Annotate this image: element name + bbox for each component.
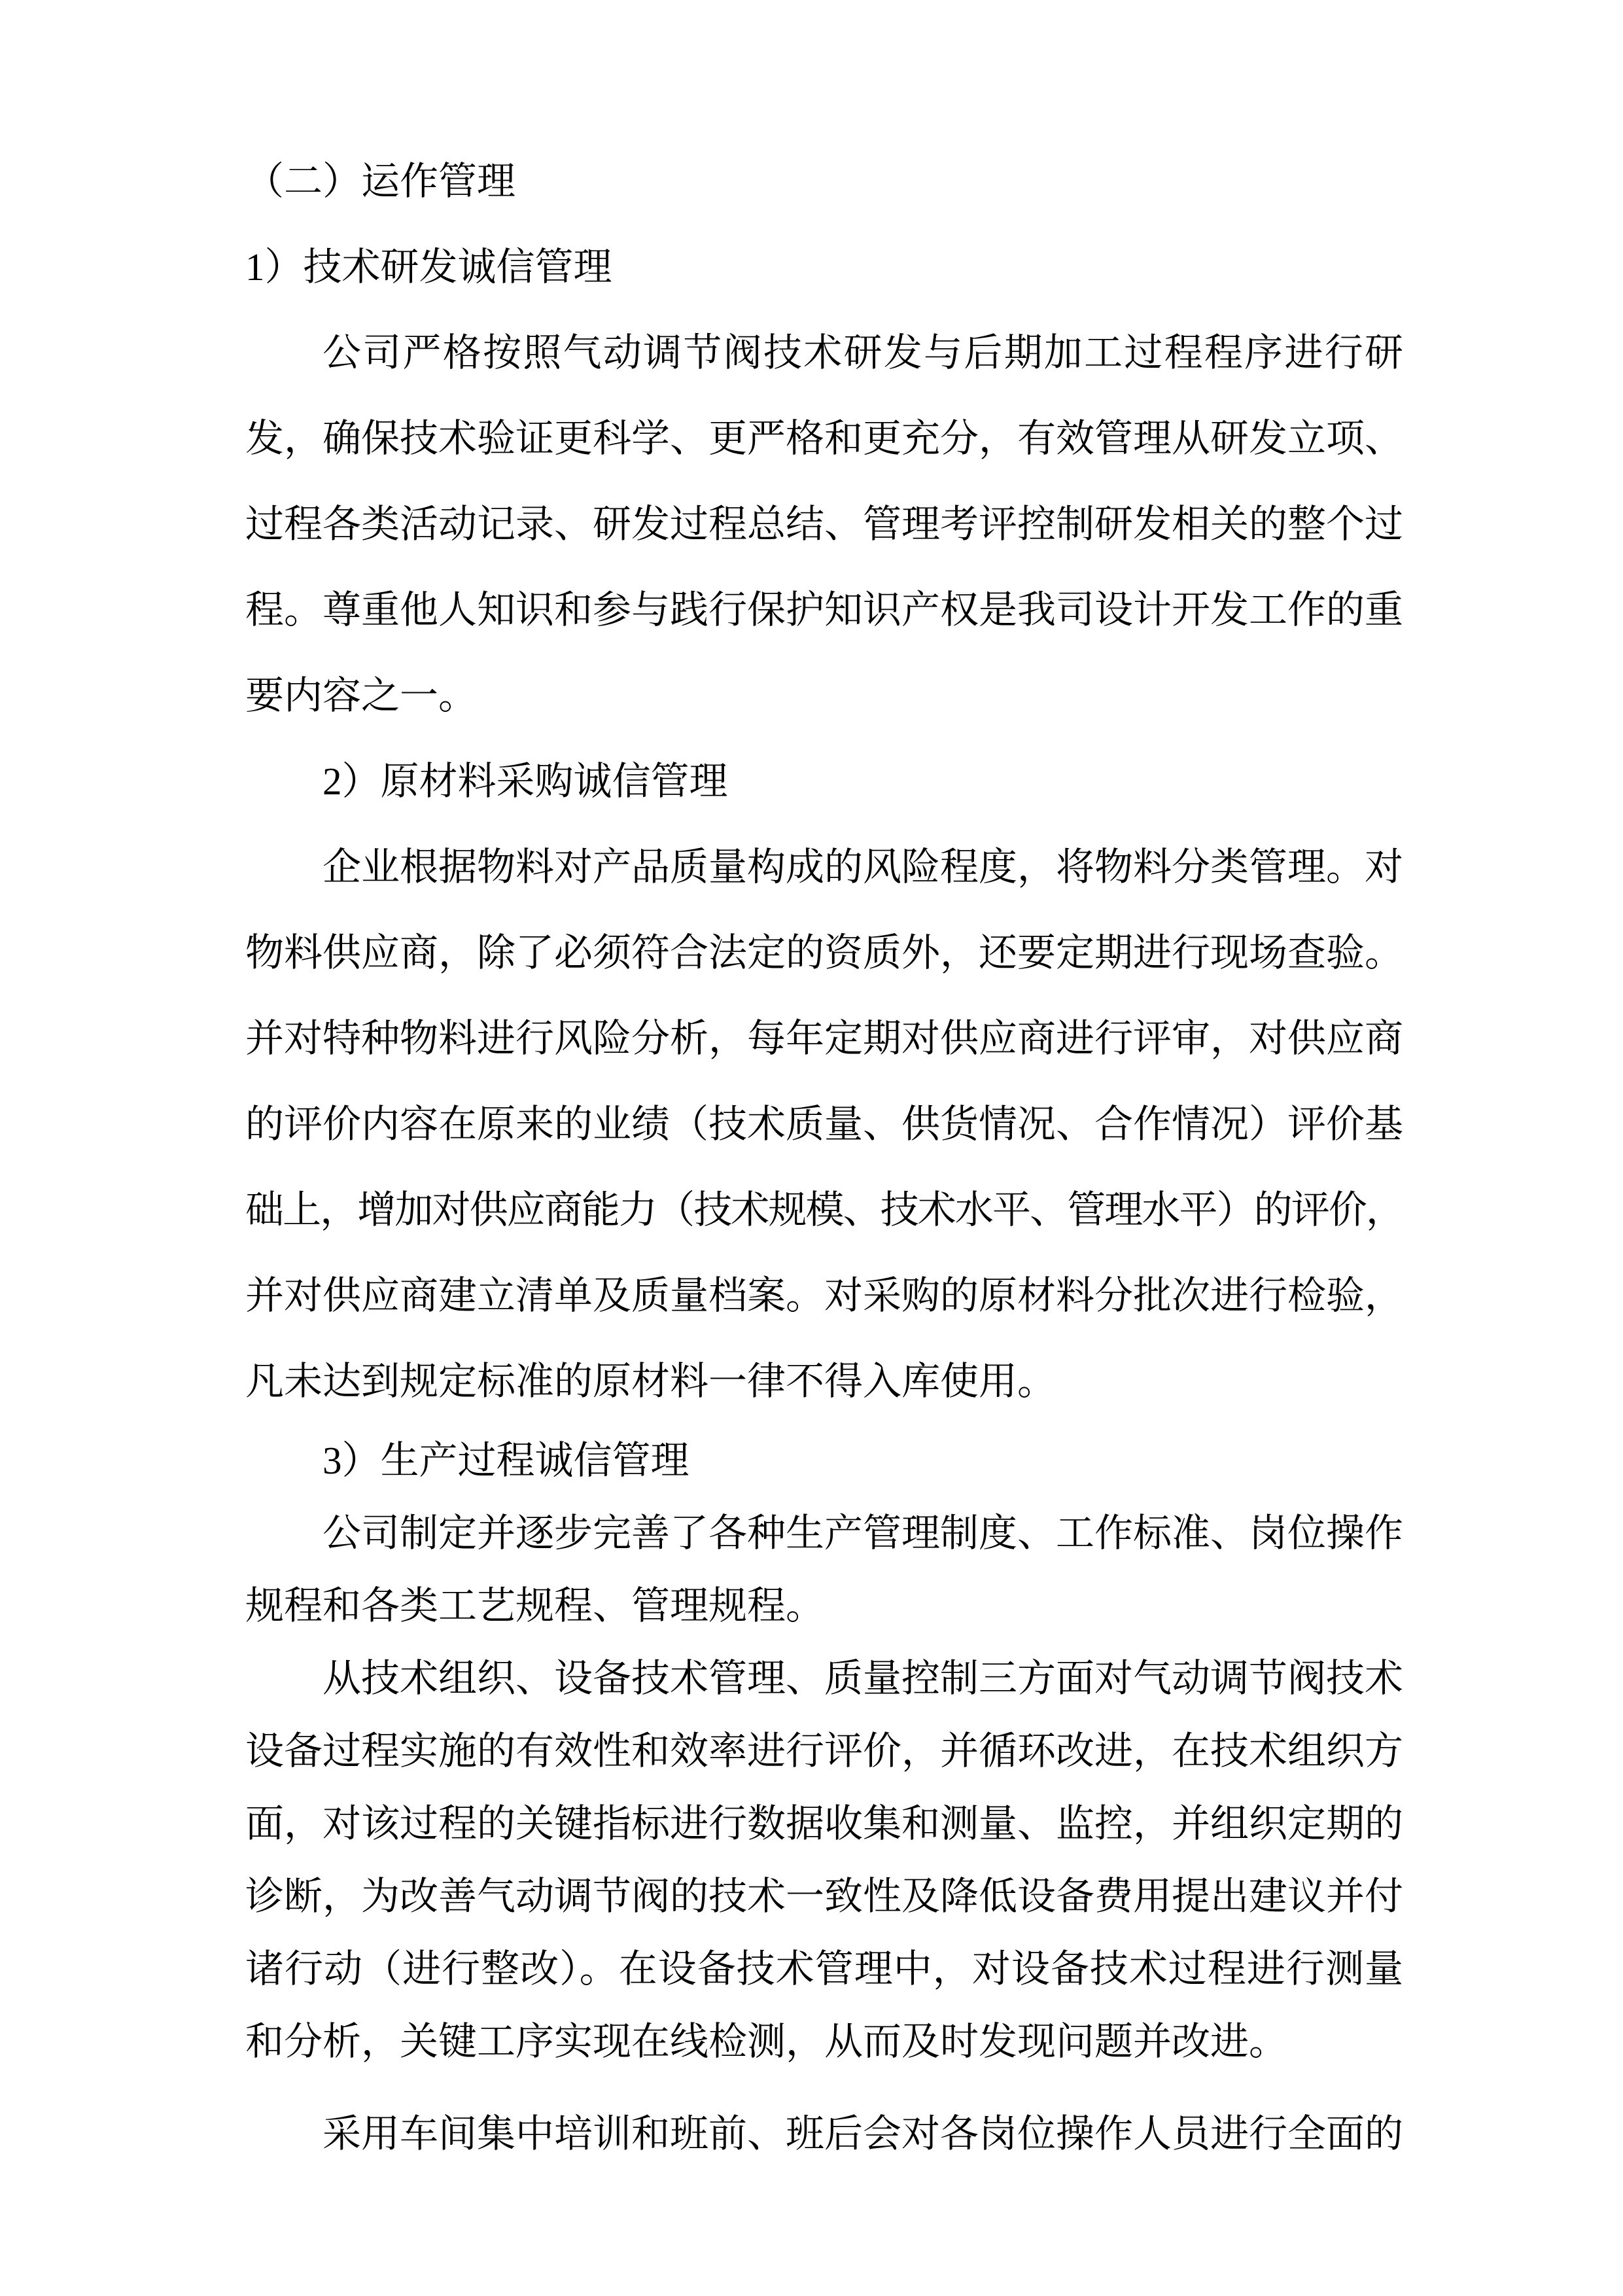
item-3-body-1-line-1: 公司制定并逐步完善了各种生产管理制度、工作标准、岗位操作 xyxy=(245,1497,1403,1570)
item-3-heading: 3）生产过程诚信管理 xyxy=(245,1424,1403,1497)
item-1-heading: 1）技术研发诚信管理 xyxy=(245,224,1403,310)
document-text-block: （二）运作管理1）技术研发诚信管理公司严格按照气动调节阀技术研发与后期加工过程程… xyxy=(245,139,1403,2177)
item-1-heading-line-1: 1）技术研发诚信管理 xyxy=(245,224,1403,310)
item-2-body-line-1: 企业根据物料对产品质量构成的风险程度，将物料分类管理。对 xyxy=(245,824,1403,910)
item-2-heading-line-1: 2）原材料采购诚信管理 xyxy=(245,739,1403,824)
item-3-body-2-line-3: 面，对该过程的关键指标进行数据收集和测量、监控，并组织定期的 xyxy=(245,1788,1403,1860)
item-1-body-line-1: 公司严格按照气动调节阀技术研发与后期加工过程程序进行研 xyxy=(245,310,1403,396)
item-2-body-line-6: 并对供应商建立清单及质量档案。对采购的原材料分批次进行检验， xyxy=(245,1253,1403,1339)
item-1-body-line-5: 要内容之一。 xyxy=(245,653,1403,739)
item-3-body-2-line-5: 诸行动（进行整改）。在设备技术管理中，对设备技术过程进行测量 xyxy=(245,1933,1403,2005)
item-1-body-line-4: 程。尊重他人知识和参与践行保护知识产权是我司设计开发工作的重 xyxy=(245,567,1403,653)
item-2-body-line-4: 的评价内容在原来的业绩（技术质量、供货情况、合作情况）评价基 xyxy=(245,1082,1403,1167)
item-3-heading-line-1: 3）生产过程诚信管理 xyxy=(245,1424,1403,1497)
item-3-body-2-line-1: 从技术组织、设备技术管理、质量控制三方面对气动调节阀技术 xyxy=(245,1642,1403,1715)
item-3-body-2-line-2: 设备过程实施的有效性和效率进行评价，并循环改进，在技术组织方 xyxy=(245,1715,1403,1788)
item-3-body-3: 采用车间集中培训和班前、班后会对各岗位操作人员进行全面的 xyxy=(245,2091,1403,2177)
item-1-body-line-2: 发，确保技术验证更科学、更严格和更充分，有效管理从研发立项、 xyxy=(245,396,1403,482)
item-1-body-line-3: 过程各类活动记录、研发过程总结、管理考评控制研发相关的整个过 xyxy=(245,482,1403,567)
section-heading-line-1: （二）运作管理 xyxy=(245,139,1403,224)
item-1-body: 公司严格按照气动调节阀技术研发与后期加工过程程序进行研发，确保技术验证更科学、更… xyxy=(245,310,1403,739)
item-3-body-1-line-2: 规程和各类工艺规程、管理规程。 xyxy=(245,1570,1403,1642)
item-2-body-line-2: 物料供应商，除了必须符合法定的资质外，还要定期进行现场查验。 xyxy=(245,910,1403,996)
item-3-body-1: 公司制定并逐步完善了各种生产管理制度、工作标准、岗位操作规程和各类工艺规程、管理… xyxy=(245,1497,1403,1642)
item-2-body-line-7: 凡未达到规定标准的原材料一律不得入库使用。 xyxy=(245,1339,1403,1424)
item-3-body-2: 从技术组织、设备技术管理、质量控制三方面对气动调节阀技术设备过程实施的有效性和效… xyxy=(245,1642,1403,2078)
item-3-body-2-line-6: 和分析，关键工序实现在线检测，从而及时发现问题并改进。 xyxy=(245,2005,1403,2078)
document-page: （二）运作管理1）技术研发诚信管理公司严格按照气动调节阀技术研发与后期加工过程程… xyxy=(0,0,1623,2296)
item-3-body-2-line-4: 诊断，为改善气动调节阀的技术一致性及降低设备费用提出建议并付 xyxy=(245,1860,1403,1933)
section-heading: （二）运作管理 xyxy=(245,139,1403,224)
item-3-body-3-line-1: 采用车间集中培训和班前、班后会对各岗位操作人员进行全面的 xyxy=(245,2091,1403,2177)
item-2-body: 企业根据物料对产品质量构成的风险程度，将物料分类管理。对物料供应商，除了必须符合… xyxy=(245,824,1403,1424)
item-2-heading: 2）原材料采购诚信管理 xyxy=(245,739,1403,824)
item-2-body-line-3: 并对特种物料进行风险分析，每年定期对供应商进行评审，对供应商 xyxy=(245,996,1403,1082)
item-2-body-line-5: 础上，增加对供应商能力（技术规模、技术水平、管理水平）的评价， xyxy=(245,1167,1403,1253)
